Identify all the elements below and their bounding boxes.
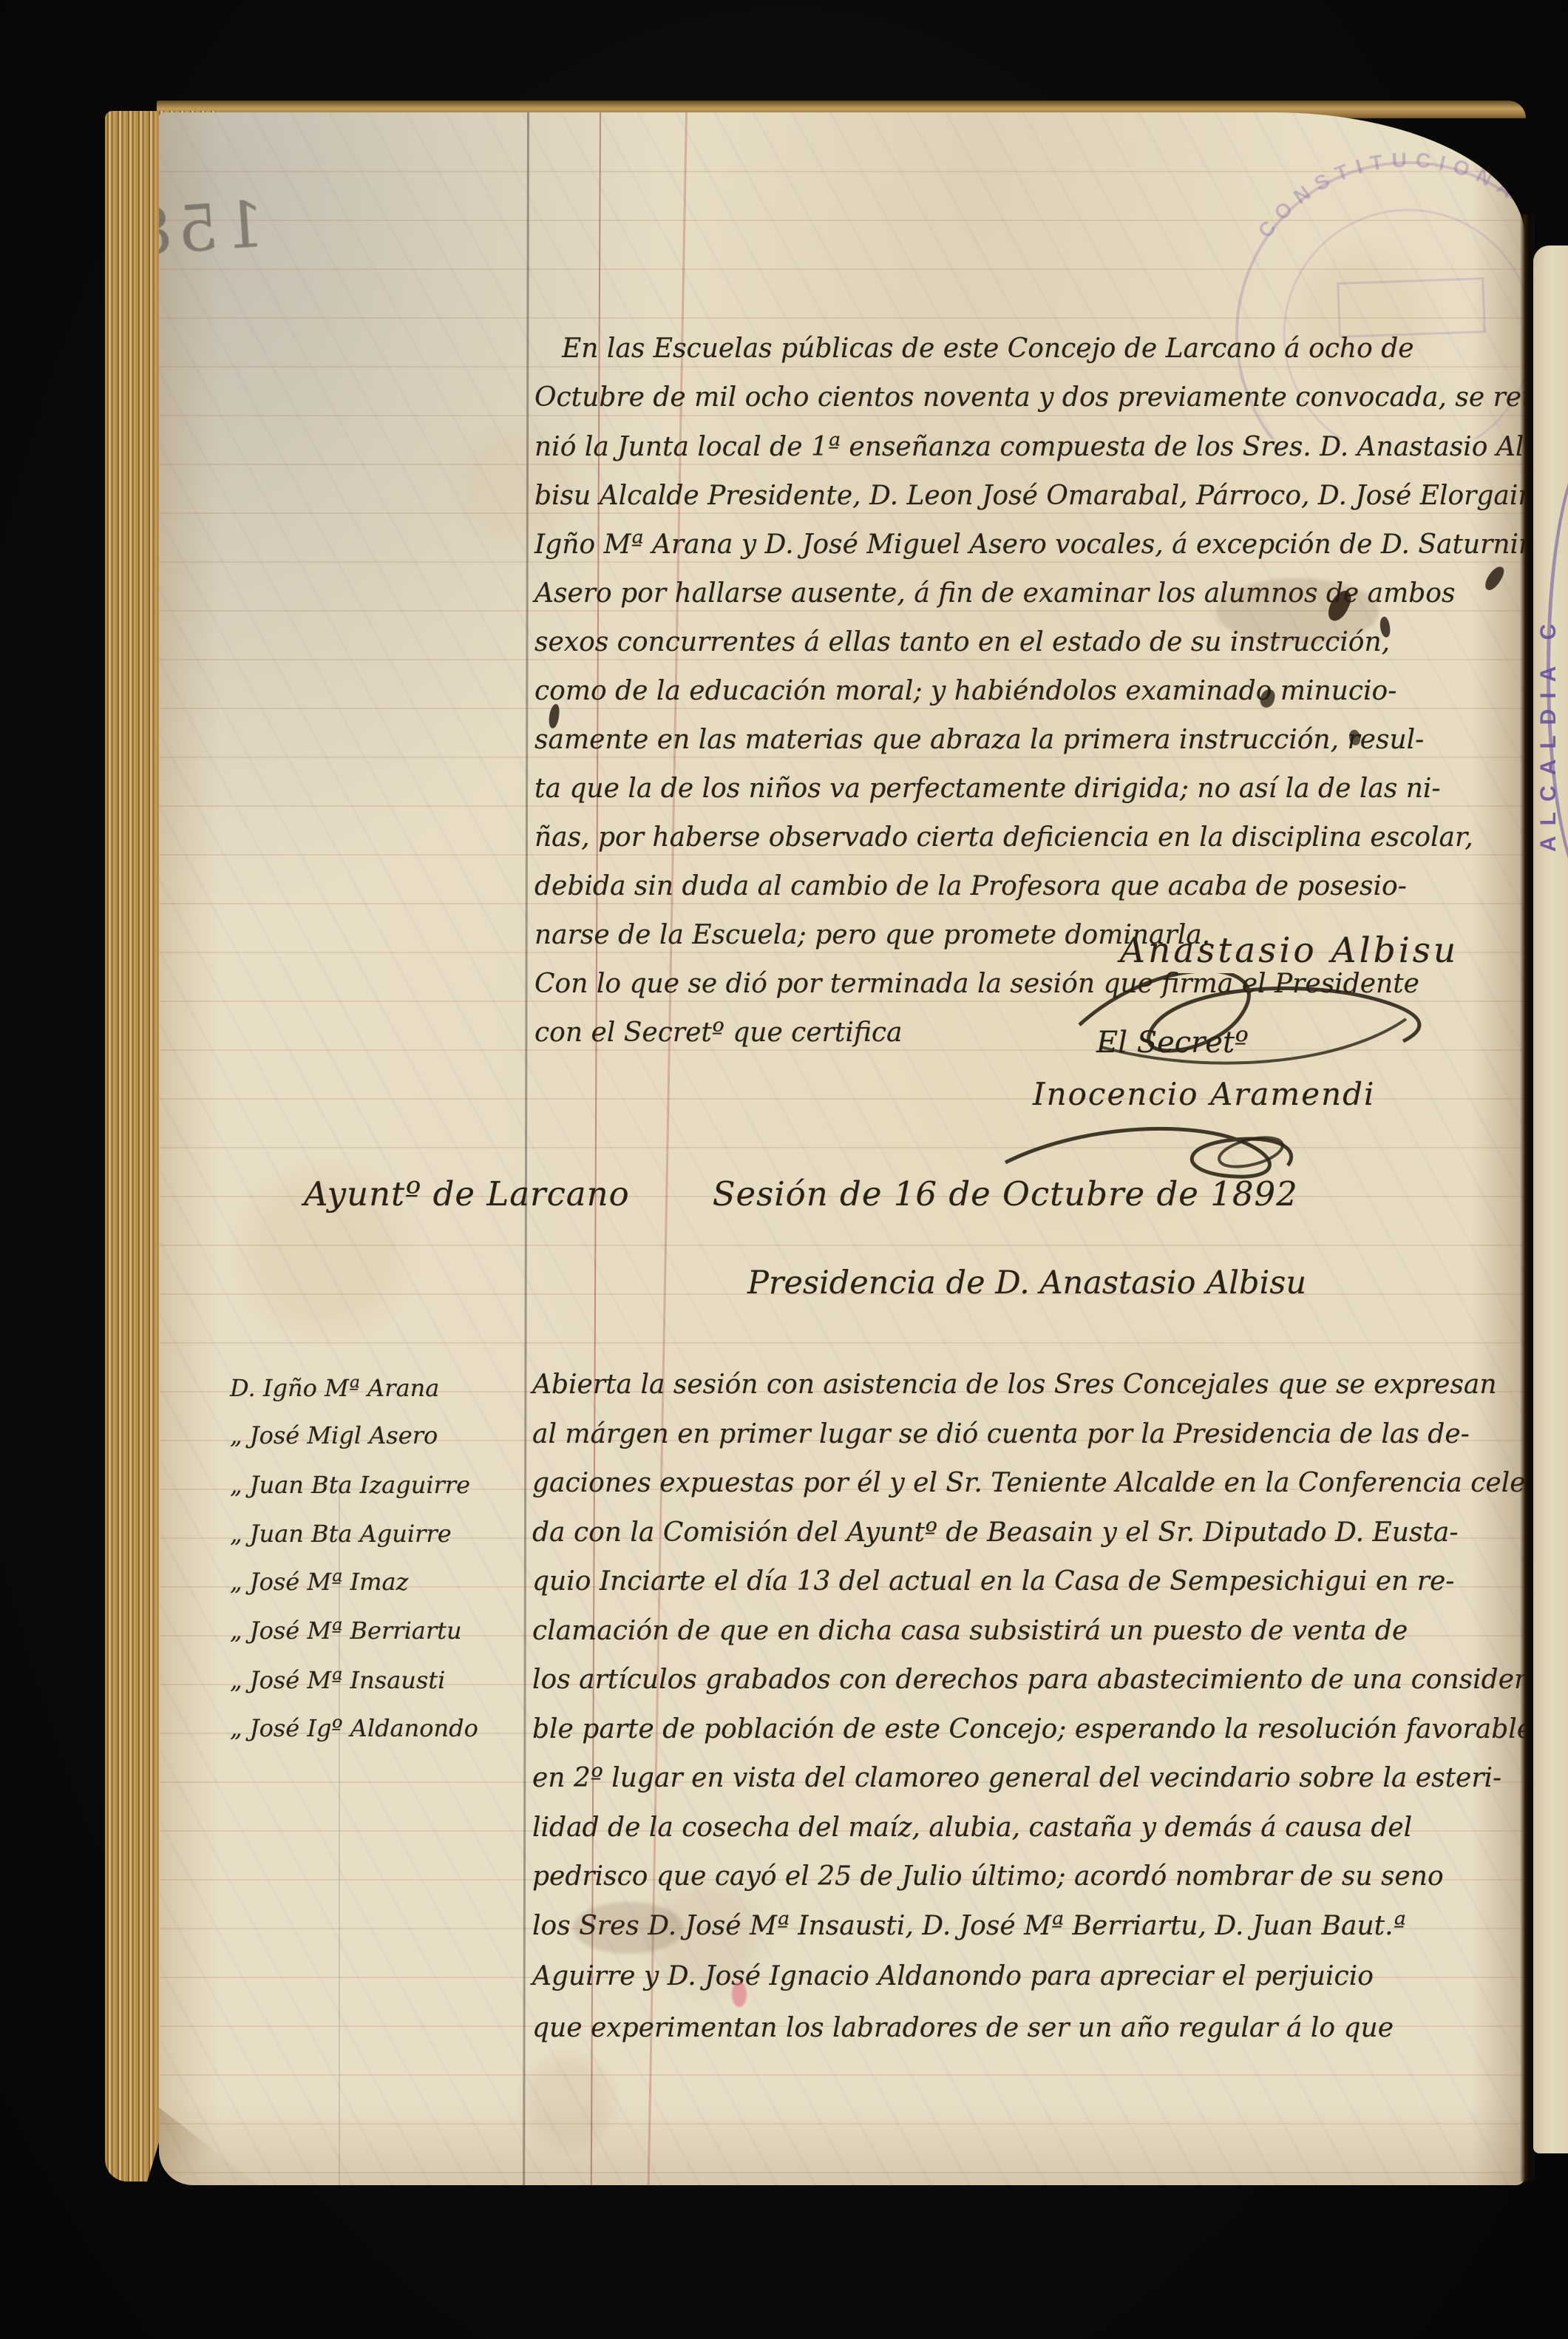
session-heading-org: Ayuntº de Larcano bbox=[304, 1174, 630, 1213]
ink-smear bbox=[573, 1902, 684, 1954]
next-page-sliver: ALCALDIA C bbox=[1533, 246, 1568, 2153]
manuscript-line: que experimentan los labradores de ser u… bbox=[532, 2013, 1394, 2043]
manuscript-line: En las Escuelas públicas de este Concejo… bbox=[562, 334, 1414, 364]
manuscript-line: Abierta la sesión con asistencia de los … bbox=[532, 1370, 1497, 1400]
manuscript-line: en 2º lugar en vista del clamoreo genera… bbox=[532, 1763, 1501, 1793]
margin-attendee: „ Juan Bta Izaguirre bbox=[230, 1471, 470, 1499]
margin-attendee: „ José Mª Berriartu bbox=[230, 1617, 462, 1645]
manuscript-line: narse de la Escuela; pero que promete do… bbox=[534, 920, 1210, 950]
manuscript-line: da con la Comisión del Ayuntº de Beasain… bbox=[532, 1517, 1459, 1548]
manuscript-line: al márgen en primer lugar se dió cuenta … bbox=[532, 1419, 1470, 1449]
manuscript-line: Aguirre y D. José Ignacio Aldanondo para… bbox=[532, 1961, 1374, 1991]
manuscript-line: debida sin duda al cambio de la Profesor… bbox=[534, 871, 1407, 901]
manuscript-line: pedrisco que cayó el 25 de Julio último;… bbox=[532, 1861, 1444, 1892]
secretary-title: El Secretº bbox=[1096, 1026, 1249, 1060]
secretary-signature: Inocencio Aramendi bbox=[1033, 1076, 1375, 1112]
svg-text:CONSTITUCIONAL: CONSTITUCIONAL bbox=[1253, 148, 1525, 242]
manuscript-line: bisu Alcalde Presidente, D. Leon José Om… bbox=[534, 481, 1525, 511]
session-subheading: Presidencia de D. Anastasio Albisu bbox=[747, 1265, 1306, 1301]
margin-attendee: „ José Igº Aldanondo bbox=[230, 1714, 478, 1742]
president-signature: Anastasio Albisu bbox=[1120, 930, 1459, 971]
red-correction-mark bbox=[732, 1982, 747, 2007]
manuscript-line: gaciones expuestas por él y el Sr. Tenie… bbox=[532, 1468, 1525, 1498]
manuscript-line: ta que la de los niños va perfectamente … bbox=[534, 774, 1441, 804]
manuscript-line: Octubre de mil ocho cientos noventa y do… bbox=[534, 382, 1525, 413]
manuscript-line: ble parte de población de este Concejo; … bbox=[532, 1714, 1525, 1744]
alcaldia-stamp-text: ALCALDIA C bbox=[1536, 467, 1561, 852]
manuscript-line: samente en las materias que abraza la pr… bbox=[534, 725, 1424, 755]
manuscript-line: ñas, por haberse observado cierta defici… bbox=[534, 822, 1473, 853]
manuscript-line: clamación de que en dicha casa subsistir… bbox=[532, 1616, 1408, 1646]
margin-attendee: „ José Mª Insausti bbox=[230, 1666, 445, 1694]
margin-attendee: D. Igño Mª Arana bbox=[230, 1374, 439, 1402]
manuscript-line: Igño Mª Arana y D. José Miguel Asero voc… bbox=[534, 529, 1525, 560]
manuscript-line: los artículos grabados con derechos para… bbox=[532, 1665, 1525, 1695]
book-gutter-shadow bbox=[1520, 214, 1535, 2181]
margin-attendee: „ José Mª Imaz bbox=[230, 1568, 408, 1596]
showthrough-page-number: 158 bbox=[159, 188, 267, 271]
manuscript-line: lidad de la cosecha del maíz, alubia, ca… bbox=[532, 1812, 1412, 1843]
margin-attendee: „ Juan Bta Aguirre bbox=[230, 1520, 452, 1548]
margin-attendee: „ José Migl Asero bbox=[230, 1421, 438, 1449]
ink-smear bbox=[1216, 578, 1379, 645]
corner-stamp-text: CONSTITUCIONAL bbox=[1253, 148, 1525, 242]
manuscript-line: quio Inciarte el día 13 del actual en la… bbox=[532, 1566, 1454, 1597]
session-heading-date: Sesión de 16 de Octubre de 1892 bbox=[713, 1174, 1298, 1213]
manuscript-line: nió la Junta local de 1ª enseñanza compu… bbox=[534, 432, 1525, 462]
session-heading: Ayuntº de LarcanoSesión de 16 de Octubre… bbox=[304, 1174, 1298, 1213]
manuscript-page: 158 CONSTITUCIONAL En las Escuelas públi… bbox=[159, 112, 1525, 2185]
manuscript-line: con el Secretº que certifica bbox=[534, 1018, 902, 1048]
